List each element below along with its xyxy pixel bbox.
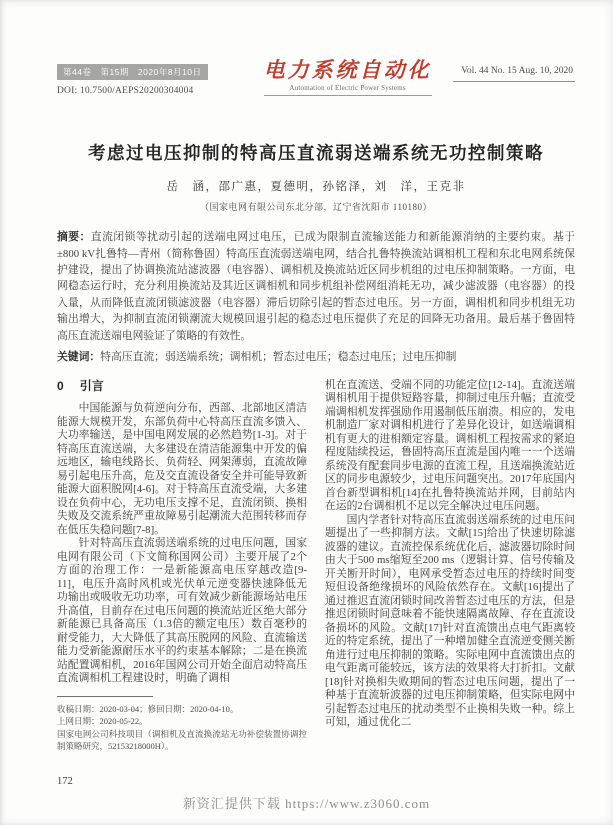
section-heading-introduction: 0引言	[57, 380, 307, 394]
volume-info: Vol. 44 No. 15 Aug. 10, 2020	[453, 66, 575, 82]
paragraph: 机在直流送、受端不同的功能定位[12-14]。直流送端调相机用于提供短路容量，抑…	[325, 379, 575, 514]
journal-page: 第44卷 第15期 2020年8月10日 DOI: 10.7500/AEPS20…	[0, 0, 613, 825]
footnote-online-date: 上网日期：2020-05-22。	[57, 715, 307, 728]
header-center: 电力系统自动化 Automation of Electric Power Sys…	[264, 59, 432, 96]
body-columns: 0引言 中国能源与负荷逆向分布，西部、北部地区清洁能源大规模开发，东部负荷中心特…	[57, 379, 575, 783]
keywords-block: 关键词：特高压直流；弱送端系统；调相机；暂态过电压；稳态过电压；过电压抑制	[57, 349, 575, 365]
footnote-rule	[57, 696, 153, 697]
issue-info-box: 第44卷 第15期 2020年8月10日	[57, 64, 208, 80]
abstract-block: 摘要：直流闭锁等扰动引起的送端电网过电压，已成为限制直流输送能力和新能源消纳的主…	[57, 229, 575, 344]
left-column: 0引言 中国能源与负荷逆向分布，西部、北部地区清洁能源大规模开发，东部负荷中心特…	[57, 379, 307, 783]
section-number: 0	[57, 379, 64, 393]
watermark-text: 新资汇提供下载 https://www.z3060.com	[0, 793, 613, 812]
page-number: 172	[57, 776, 73, 787]
keywords-text: 特高压直流；弱送端系统；调相机；暂态过电压；稳态过电压；过电压抑制	[100, 351, 456, 363]
article-title: 考虑过电压抑制的特高压直流弱送端系统无功控制策略	[57, 140, 575, 165]
journal-name-english: Automation of Electric Power Systems	[264, 84, 432, 96]
journal-logo: 电力系统自动化	[264, 59, 432, 82]
page-header: 第44卷 第15期 2020年8月10日 DOI: 10.7500/AEPS20…	[57, 62, 575, 96]
section-title: 引言	[80, 379, 104, 393]
header-left: 第44卷 第15期 2020年8月10日 DOI: 10.7500/AEPS20…	[57, 62, 242, 96]
author-list: 岳 涵，邵广惠，夏德明，孙铭泽，刘 洋，王克非	[57, 178, 575, 194]
abstract-label: 摘要：	[57, 231, 91, 243]
right-column: 机在直流送、受端不同的功能定位[12-14]。直流送端调相机用于提供短路容量，抑…	[325, 379, 575, 783]
paragraph: 国内学者针对特高压直流弱送端系统的过电压问题提出了一些抑制方法。文献[15]给出…	[325, 514, 575, 730]
paragraph: 针对特高压直流弱送端系统的过电压问题，国家电网有限公司（下文简称国网公司）主要开…	[57, 537, 307, 686]
keywords-label: 关键词：	[57, 351, 100, 363]
paragraph: 中国能源与负荷逆向分布，西部、北部地区清洁能源大规模开发，东部负荷中心特高压直流…	[57, 402, 307, 537]
doi-text: DOI: 10.7500/AEPS20200304004	[57, 86, 242, 96]
footnote-funding: 国家电网公司科技项目（调相机及直流换流站无功补偿装置协调控制策略研究，52153…	[57, 728, 307, 753]
abstract-text: 直流闭锁等扰动引起的送端电网过电压，已成为限制直流输送能力和新能源消纳的主要约束…	[57, 231, 575, 341]
footnote-block: 收稿日期：2020-03-04；修回日期：2020-04-10。 上网日期：20…	[57, 696, 307, 753]
footnote-received-date: 收稿日期：2020-03-04；修回日期：2020-04-10。	[57, 703, 307, 716]
affiliation: （国家电网有限公司东北分部，辽宁省沈阳市 110180）	[57, 200, 575, 213]
